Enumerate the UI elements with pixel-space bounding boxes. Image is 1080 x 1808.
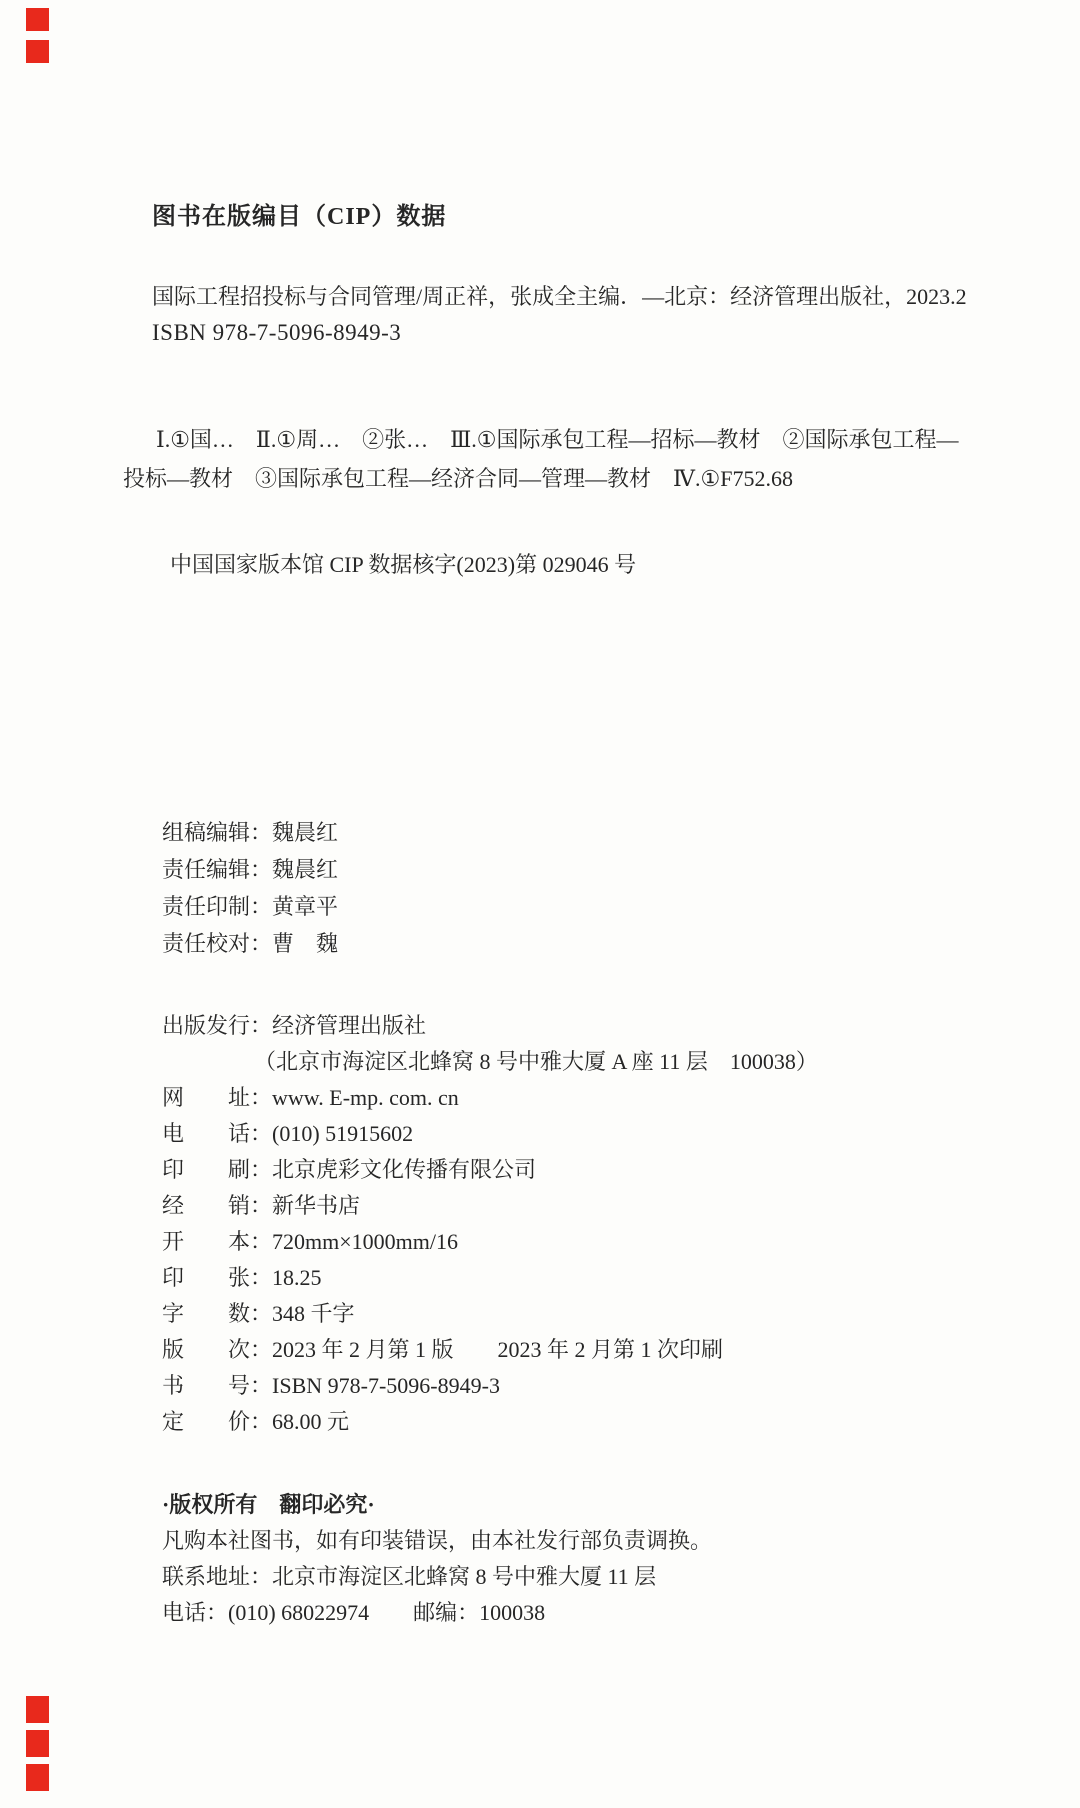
pub-label: 经 销： xyxy=(162,1188,272,1224)
editor-name: 魏晨红 xyxy=(272,814,338,851)
pub-row-sheets: 印 张：18.25 xyxy=(162,1260,818,1296)
pub-label: 版 次： xyxy=(162,1332,272,1368)
pub-row-wordcount: 字 数：348 千字 xyxy=(162,1296,818,1332)
editor-row-commissioning: 组稿编辑：魏晨红 xyxy=(162,814,338,851)
editor-name: 魏晨红 xyxy=(272,851,338,888)
editor-label: 组稿编辑： xyxy=(162,814,272,851)
red-mark xyxy=(26,8,49,31)
red-mark xyxy=(26,1730,49,1757)
pub-row-website: 网 址：www. E-mp. com. cn xyxy=(162,1080,818,1116)
red-edge-marks-bottom xyxy=(26,1696,49,1791)
pub-label: 网 址： xyxy=(162,1080,272,1116)
pub-row-publisher: 出版发行：经济管理出版社 xyxy=(162,1008,818,1044)
book-title-line: 国际工程招投标与合同管理/周正祥，张成全主编．—北京：经济管理出版社，2023.… xyxy=(152,280,967,311)
red-edge-marks-top xyxy=(26,8,49,63)
red-mark xyxy=(26,40,49,63)
copyright-notice-block: ·版权所有 翻印必究· 凡购本社图书，如有印装错误，由本社发行部负责调换。 联系… xyxy=(162,1486,712,1631)
red-mark xyxy=(26,1764,49,1791)
editor-row-proofreading: 责任校对：曹 魏 xyxy=(162,925,338,962)
contact-address-line: 联系地址：北京市海淀区北蜂窝 8 号中雅大厦 11 层 xyxy=(162,1559,712,1595)
red-mark xyxy=(26,1696,49,1723)
contact-phone-line: 电话：(010) 68022974 邮编：100038 xyxy=(162,1595,712,1631)
pub-value: 2023 年 2 月第 1 版 2023 年 2 月第 1 次印刷 xyxy=(272,1332,723,1368)
editor-row-responsible: 责任编辑：魏晨红 xyxy=(162,851,338,888)
pub-row-price: 定 价：68.00 元 xyxy=(162,1404,818,1440)
isbn-line: ISBN 978-7-5096-8949-3 xyxy=(152,320,401,346)
editor-name: 黄章平 xyxy=(272,888,338,925)
copyright-page: 图书在版编目（CIP）数据 国际工程招投标与合同管理/周正祥，张成全主编．—北京… xyxy=(0,0,1080,1808)
pub-row-edition: 版 次：2023 年 2 月第 1 版 2023 年 2 月第 1 次印刷 xyxy=(162,1332,818,1368)
cip-header: 图书在版编目（CIP）数据 xyxy=(152,196,446,231)
pub-label: 开 本： xyxy=(162,1224,272,1260)
pub-value: www. E-mp. com. cn xyxy=(272,1080,459,1116)
pub-value: 68.00 元 xyxy=(272,1404,349,1440)
pub-label: 定 价： xyxy=(162,1404,272,1440)
pub-label: 字 数： xyxy=(162,1296,272,1332)
pub-value: 18.25 xyxy=(272,1260,322,1296)
pub-value: (010) 51915602 xyxy=(272,1116,413,1152)
editor-label: 责任校对： xyxy=(162,925,272,962)
pub-row-printer: 印 刷：北京虎彩文化传播有限公司 xyxy=(162,1152,818,1188)
pub-label: 印 张： xyxy=(162,1260,272,1296)
cip-record-line: 中国国家版本馆 CIP 数据核字(2023)第 029046 号 xyxy=(170,548,636,579)
pub-row-book-number: 书 号：ISBN 978-7-5096-8949-3 xyxy=(162,1368,818,1404)
pub-value: 720mm×1000mm/16 xyxy=(272,1224,458,1260)
classification-line-1: Ⅰ.①国… Ⅱ.①周… ②张… Ⅲ.①国际承包工程—招标—教材 ②国际承包工程— xyxy=(156,423,959,454)
pub-label: 书 号： xyxy=(162,1368,272,1404)
pub-value: 经济管理出版社 xyxy=(272,1008,426,1044)
editor-label: 责任印制： xyxy=(162,888,272,925)
exchange-notice-line: 凡购本社图书，如有印装错误，由本社发行部负责调换。 xyxy=(162,1523,712,1559)
editor-row-printing: 责任印制：黄章平 xyxy=(162,888,338,925)
editors-block: 组稿编辑：魏晨红 责任编辑：魏晨红 责任印制：黄章平 责任校对：曹 魏 xyxy=(162,814,338,962)
pub-label: 印 刷： xyxy=(162,1152,272,1188)
editor-name: 曹 魏 xyxy=(272,925,338,962)
editor-label: 责任编辑： xyxy=(162,851,272,888)
pub-label: 出版发行： xyxy=(162,1008,272,1044)
publisher-address: （北京市海淀区北蜂窝 8 号中雅大厦 A 座 11 层 100038） xyxy=(162,1044,818,1080)
pub-value: ISBN 978-7-5096-8949-3 xyxy=(272,1368,500,1404)
copyright-notice-title: ·版权所有 翻印必究· xyxy=(162,1486,712,1523)
publication-block: 出版发行：经济管理出版社 （北京市海淀区北蜂窝 8 号中雅大厦 A 座 11 层… xyxy=(162,1008,818,1440)
pub-value: 新华书店 xyxy=(272,1188,360,1224)
pub-row-distributor: 经 销：新华书店 xyxy=(162,1188,818,1224)
pub-label: 电 话： xyxy=(162,1116,272,1152)
pub-value: 348 千字 xyxy=(272,1296,355,1332)
pub-row-format: 开 本：720mm×1000mm/16 xyxy=(162,1224,818,1260)
classification-line-2: 投标—教材 ③国际承包工程—经济合同—管理—教材 Ⅳ.①F752.68 xyxy=(123,462,793,493)
pub-value: 北京虎彩文化传播有限公司 xyxy=(272,1152,536,1188)
pub-row-phone: 电 话：(010) 51915602 xyxy=(162,1116,818,1152)
